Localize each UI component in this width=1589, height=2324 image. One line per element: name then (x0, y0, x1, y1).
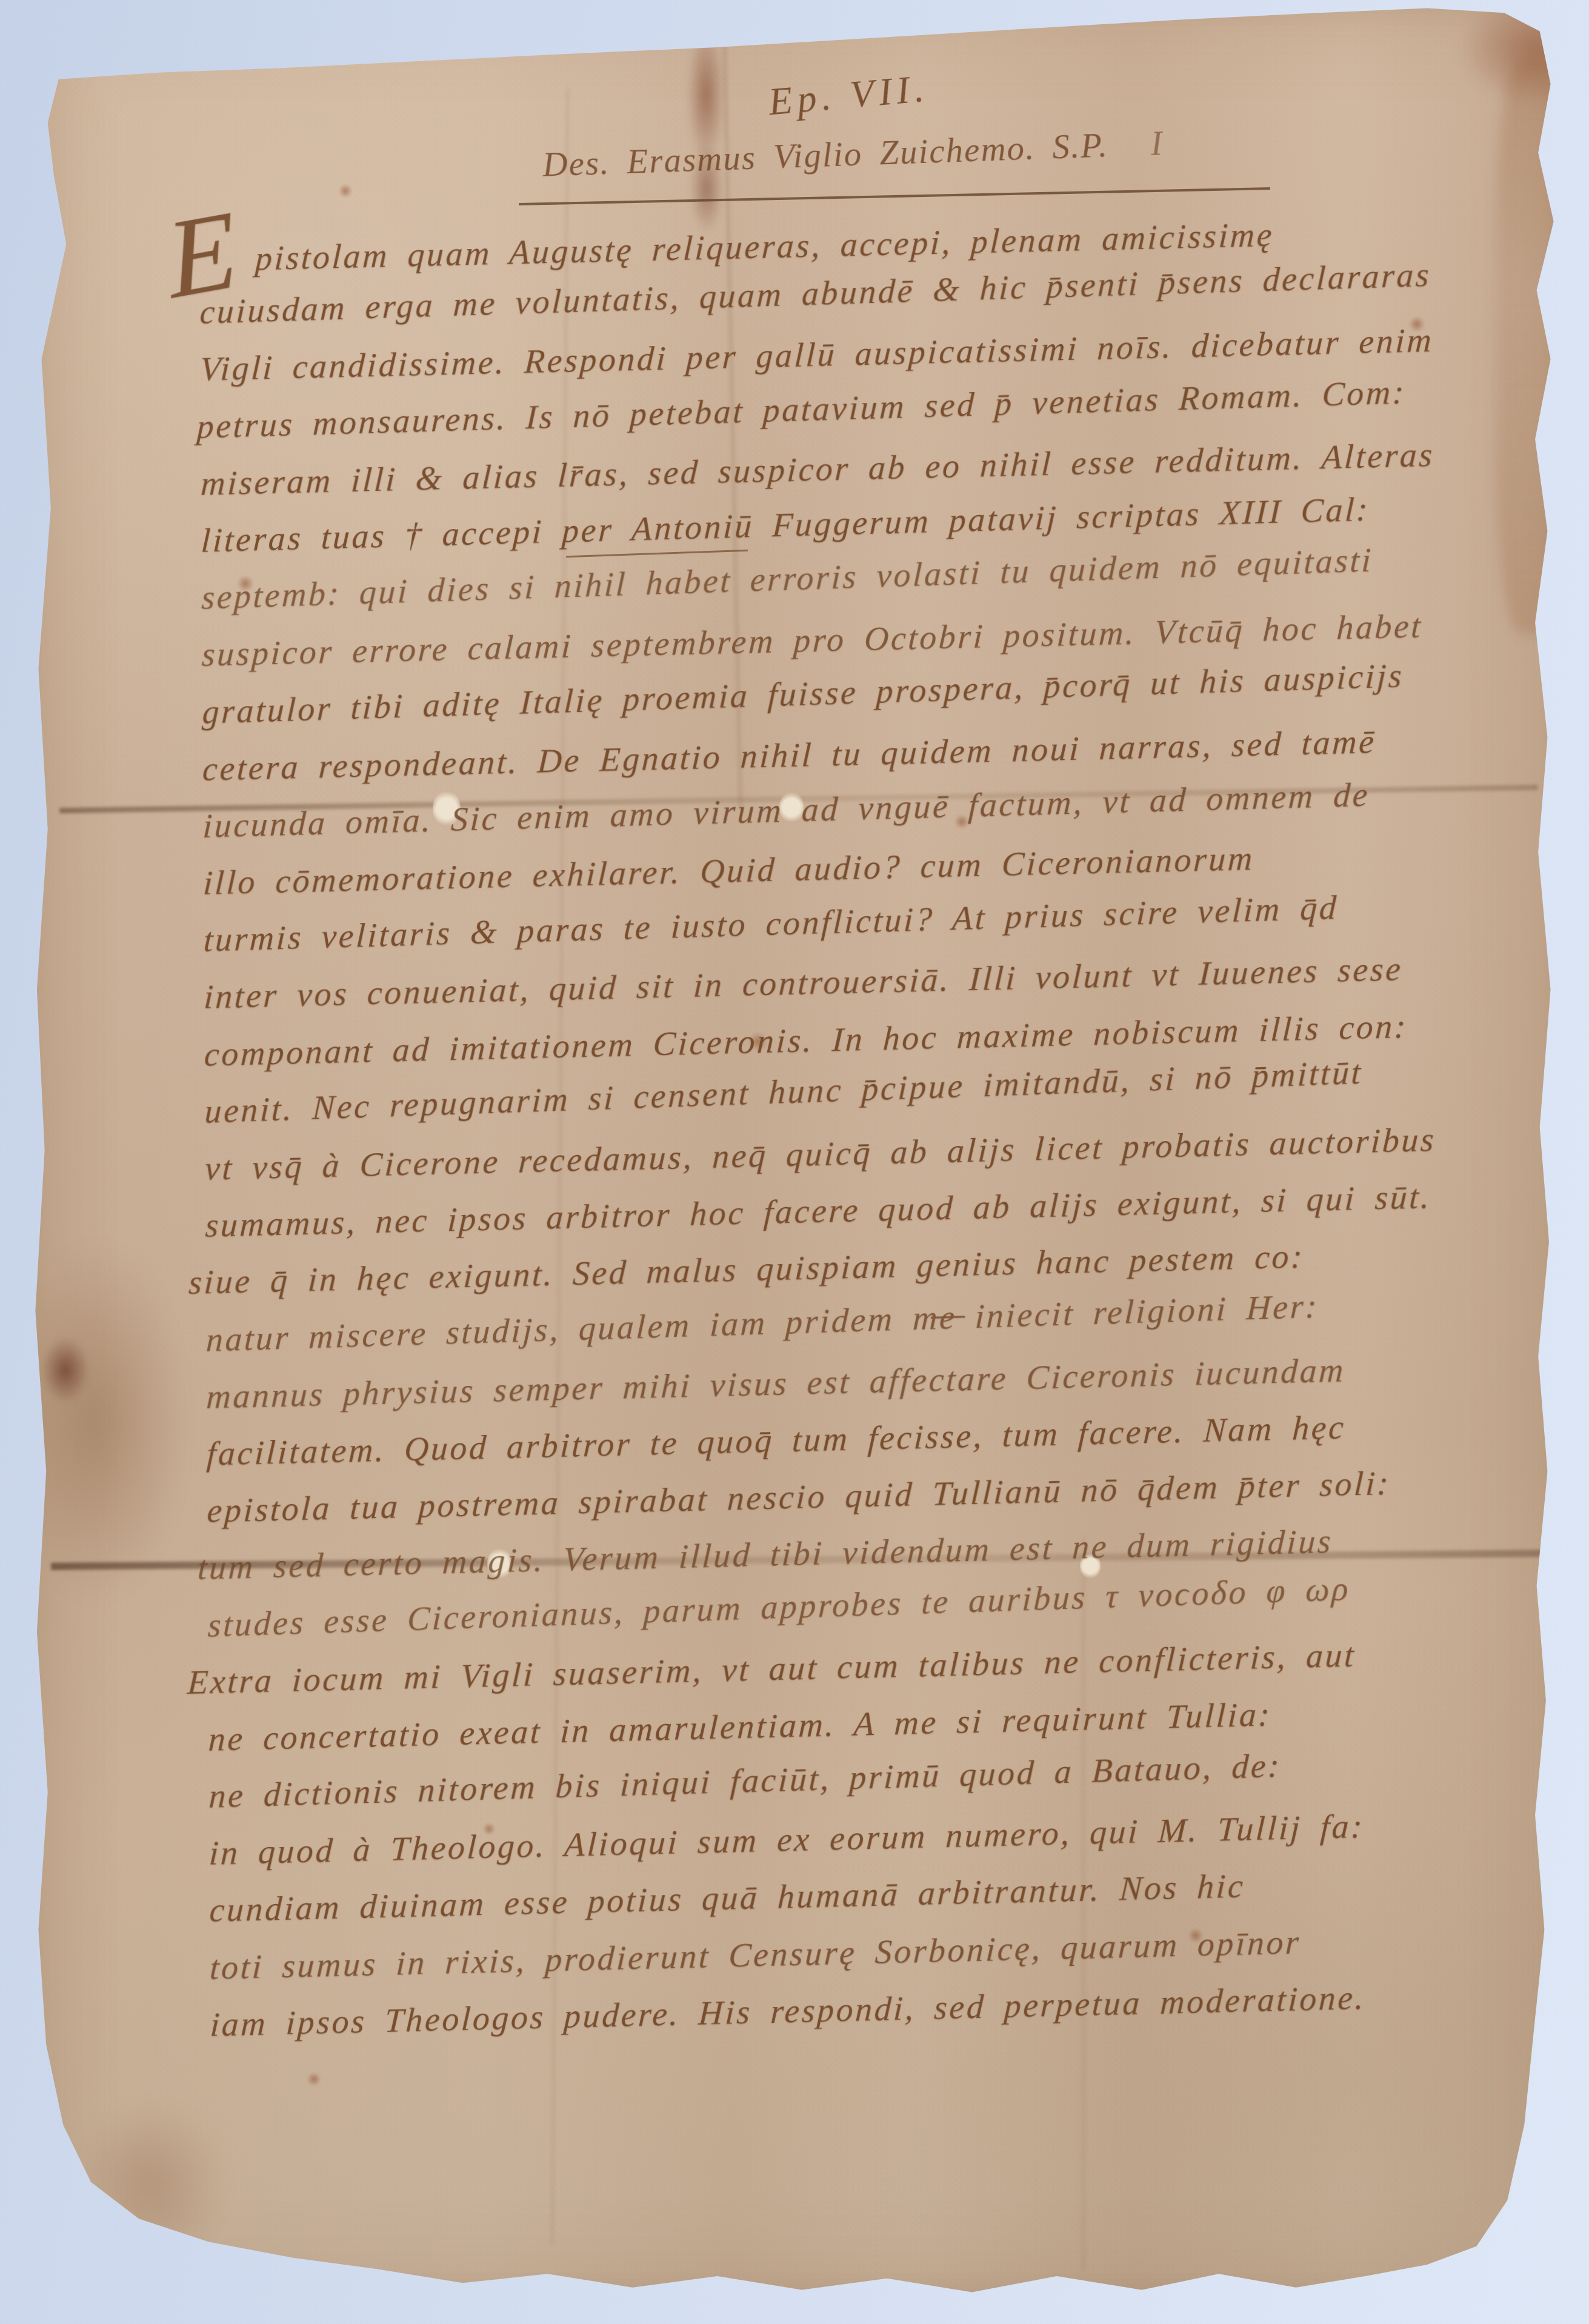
pen-flourish: I (1150, 124, 1164, 163)
foxing-spot (307, 2073, 321, 2086)
worm-hole (1550, 1560, 1578, 1584)
photo-backdrop: Ep. VII. Des. Erasmus Viglio Zuichemo. S… (0, 0, 1589, 2324)
letter-body: Epistolam quam Augustę reliqueras, accep… (199, 219, 1537, 2053)
foxing-spot (338, 184, 353, 198)
drop-cap-initial: E (165, 221, 241, 289)
